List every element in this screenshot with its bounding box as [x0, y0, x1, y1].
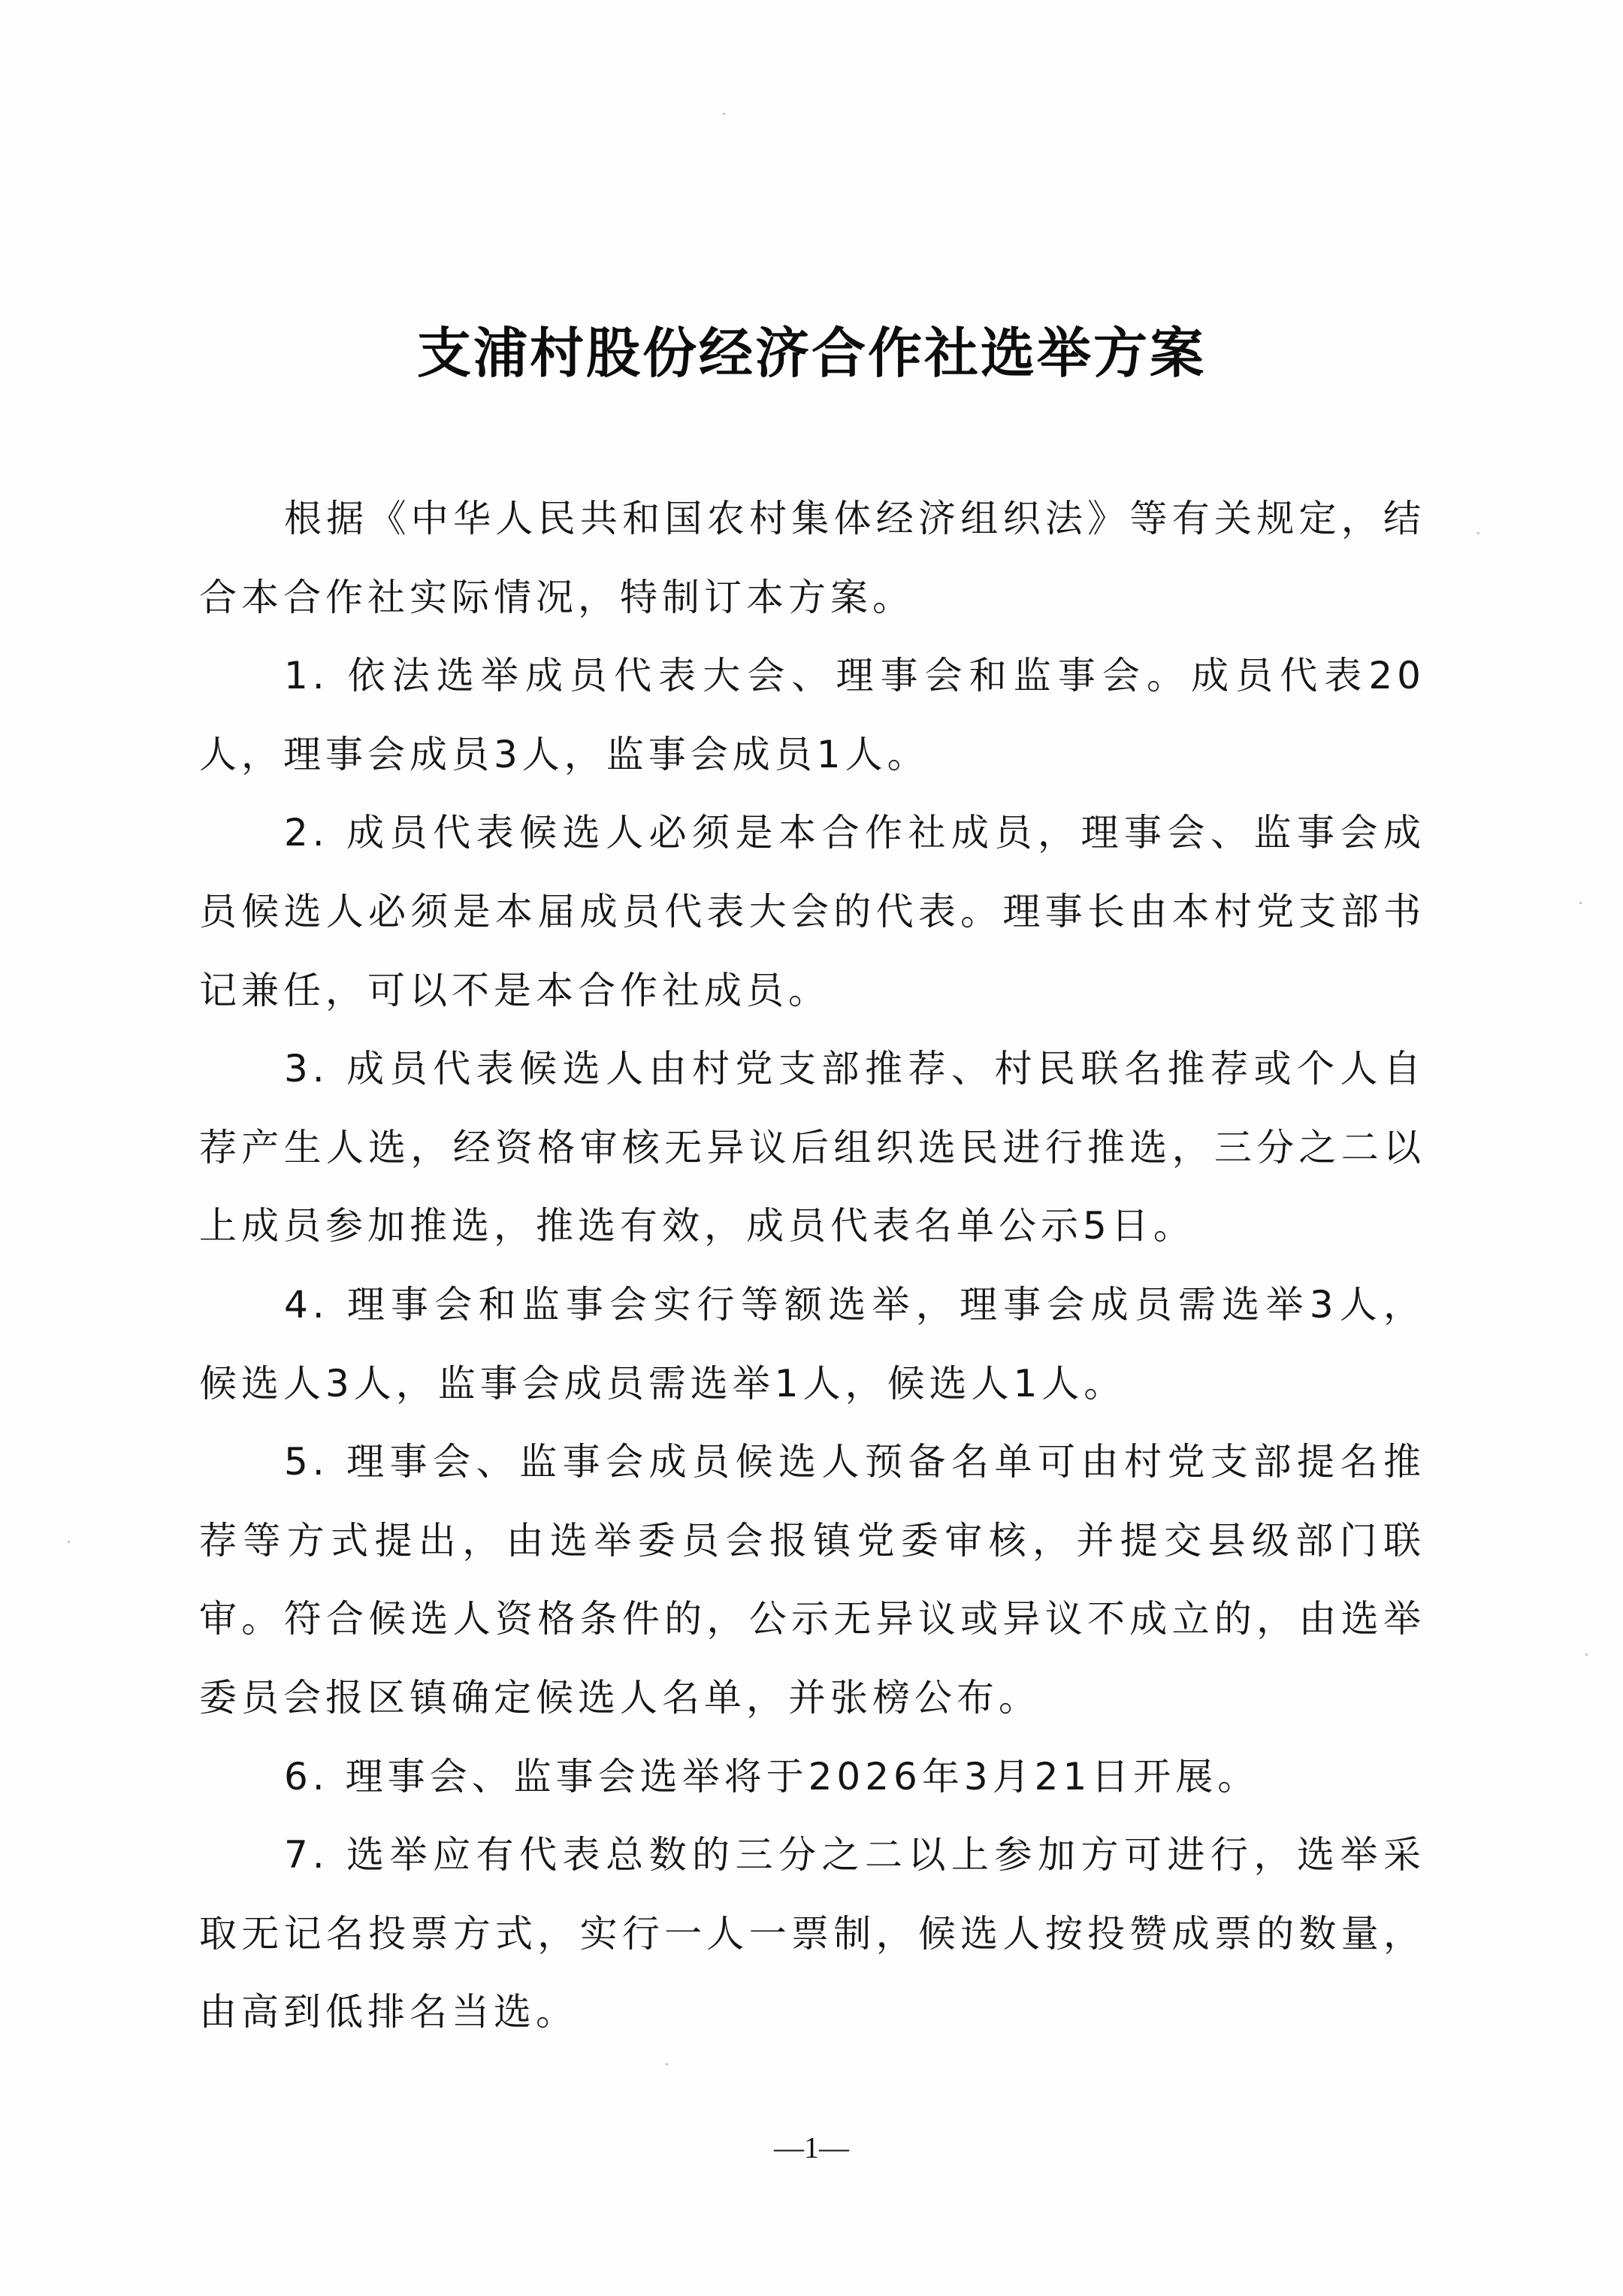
- scan-speck: [723, 113, 725, 115]
- scan-speck: [68, 1541, 70, 1543]
- scan-speck: [666, 2063, 668, 2065]
- intro-paragraph: 根据《中华人民共和国农村集体经济组织法》等有关规定，结合本合作社实际情况，特制订…: [199, 479, 1425, 637]
- clause-7-paragraph: 7. 选举应有代表总数的三分之二以上参加方可进行，选举采取无记名投票方式，实行一…: [199, 1816, 1425, 2052]
- scan-speck: [1477, 532, 1479, 534]
- scan-speck: [1579, 902, 1582, 904]
- document-title: 支浦村股份经济合作社选举方案: [0, 314, 1623, 392]
- clause-4-paragraph: 4. 理事会和监事会实行等额选举，理事会成员需选举3人，候选人3人，监事会成员需…: [199, 1266, 1425, 1423]
- page-number: —1—: [0, 2128, 1623, 2167]
- clause-5-paragraph: 5. 理事会、监事会成员候选人预备名单可由村党支部提名推荐等方式提出，由选举委员…: [199, 1423, 1425, 1737]
- document-page: 支浦村股份经济合作社选举方案 根据《中华人民共和国农村集体经济组织法》等有关规定…: [0, 0, 1623, 2296]
- document-body: 根据《中华人民共和国农村集体经济组织法》等有关规定，结合本合作社实际情况，特制订…: [199, 479, 1425, 2052]
- clause-3-paragraph: 3. 成员代表候选人由村党支部推荐、村民联名推荐或个人自荐产生人选，经资格审核无…: [199, 1030, 1425, 1266]
- clause-2-paragraph: 2. 成员代表候选人必须是本合作社成员，理事会、监事会成员候选人必须是本届成员代…: [199, 794, 1425, 1030]
- scan-speck: [1585, 1653, 1588, 1656]
- clause-1-paragraph: 1. 依法选举成员代表大会、理事会和监事会。成员代表20人，理事会成员3人，监事…: [199, 637, 1425, 794]
- clause-6-paragraph: 6. 理事会、监事会选举将于2026年3月21日开展。: [199, 1738, 1425, 1817]
